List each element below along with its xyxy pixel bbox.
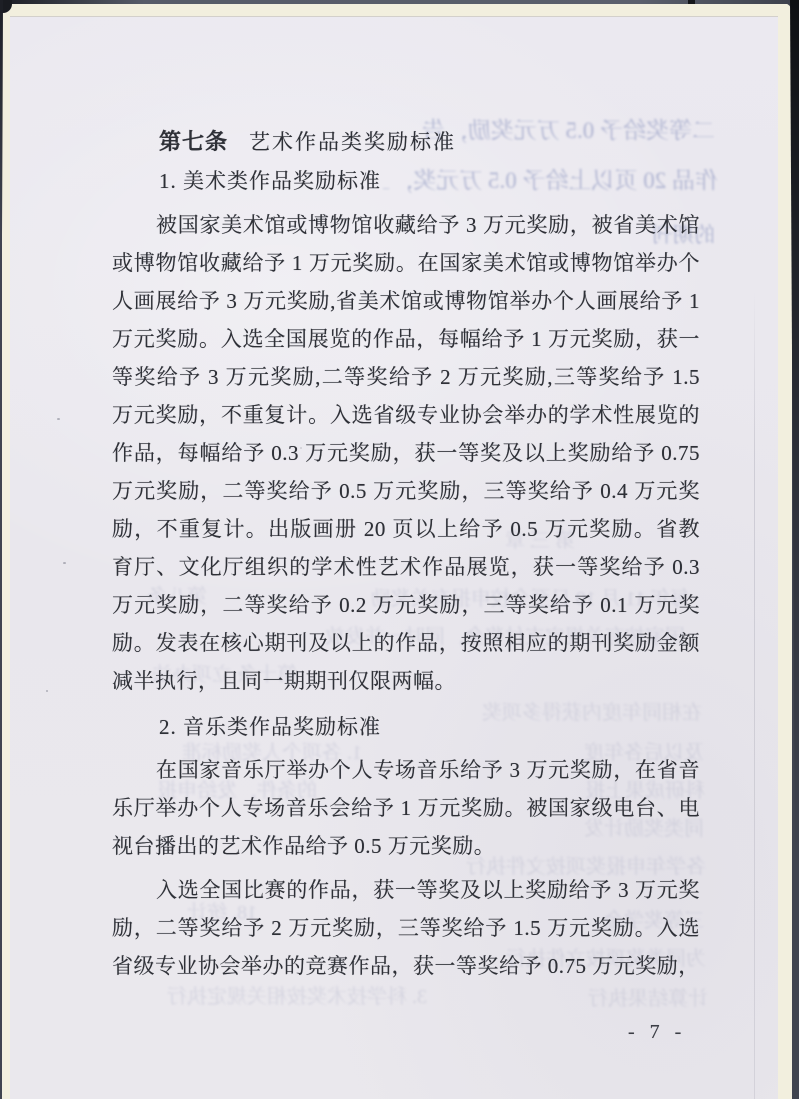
article-title: 艺术作品类奖励标准: [249, 130, 456, 154]
scanned-page-canvas: 二等奖给予 0.5 万元奖励，告作品 20 页以上给予 0.5 万元奖，上的的期…: [0, 0, 799, 1099]
section-heading-music: 2. 音乐类作品奖励标准: [112, 708, 700, 746]
section-heading-art: 1. 美术类作品奖励标准: [112, 162, 700, 200]
paragraph-music-standards-1: 在国家音乐厅举办个人专场音乐给予 3 万元奖励，在省音乐厅举办个人专场音乐会给予…: [112, 751, 700, 865]
bleedthrough-line: 计算结果执行: [468, 986, 708, 1012]
article-number: 第七条: [159, 129, 228, 154]
article-heading: 第七条艺术作品类奖励标准: [112, 122, 700, 162]
paragraph-art-standards: 被国家美术馆或博物馆收藏给予 3 万元奖励，被省美术馆或博物馆收藏给予 1 万元…: [112, 206, 700, 700]
paragraph-music-standards-2: 入选全国比赛的作品，获一等奖及以上奖励给予 3 万元奖励，二等奖给予 2 万元奖…: [112, 871, 700, 985]
document-body: 第七条艺术作品类奖励标准 1. 美术类作品奖励标准 被国家美术馆或博物馆收藏给予…: [112, 122, 700, 985]
page-number: - 7 -: [628, 1021, 686, 1044]
bleedthrough-line: 3. 科学技术奖按相关规定执行: [112, 984, 427, 1010]
